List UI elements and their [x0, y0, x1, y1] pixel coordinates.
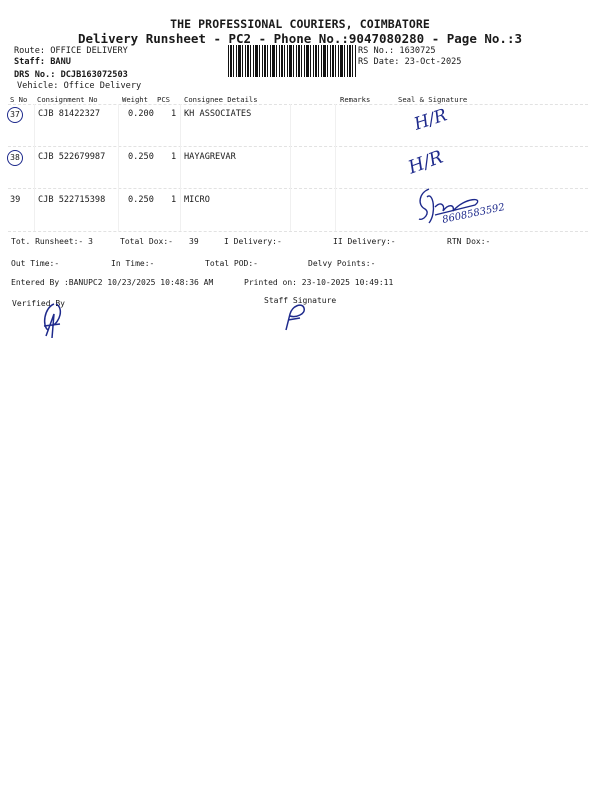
row-divider — [8, 104, 588, 105]
signature-handwritten: H/R — [405, 147, 445, 179]
staff-signature-icon — [280, 298, 310, 334]
col-divider — [290, 104, 291, 231]
total-pod: Total POD:- — [205, 259, 258, 268]
in-time: In Time:- — [111, 259, 154, 268]
entered-by: Entered By :BANUPC2 10/23/2025 10:48:36 … — [11, 278, 213, 287]
drs-number: DRS No.: DCJB163072503 — [14, 70, 128, 80]
signature-scribble-icon: 8608583592 — [415, 183, 545, 228]
runsheet-subtitle: Delivery Runsheet - PC2 - Phone No.:9047… — [0, 31, 600, 46]
col-divider — [335, 104, 336, 231]
rtn-dox: RTN Dox:- — [447, 237, 490, 246]
ii-delivery: II Delivery:- — [333, 237, 396, 246]
weight: 0.200 — [128, 109, 154, 119]
consignee: MICRO — [184, 195, 210, 205]
consignee: HAYAGREVAR — [184, 152, 236, 162]
pcs: 1 — [171, 195, 176, 205]
weight: 0.250 — [128, 152, 154, 162]
i-delivery: I Delivery:- — [224, 237, 282, 246]
out-time: Out Time:- — [11, 259, 59, 268]
consignment-no: CJB 522679987 — [38, 152, 105, 162]
col-header-consignment: Consignment No — [37, 95, 98, 104]
col-header-signature: Seal & Signature — [398, 95, 467, 104]
total-dox-label: Total Dox:- — [120, 237, 173, 246]
vehicle-label: Vehicle: Office Delivery — [17, 81, 141, 91]
rs-date: RS Date: 23-Oct-2025 — [358, 57, 461, 67]
staff-label: Staff: BANU — [14, 57, 71, 67]
printed-on: Printed on: 23-10-2025 10:49:11 — [244, 278, 393, 287]
rs-number: RS No.: 1630725 — [358, 46, 436, 56]
barcode-image — [228, 45, 356, 77]
signature-handwritten: H/R — [412, 105, 450, 134]
sno-circled: 37 — [7, 107, 23, 123]
col-header-remarks: Remarks — [340, 95, 370, 104]
col-header-sno: S No — [10, 95, 27, 104]
consignee: KH ASSOCIATES — [184, 109, 251, 119]
consignment-no: CJB 81422327 — [38, 109, 100, 119]
col-header-weight: Weight — [122, 95, 148, 104]
tot-runsheet: Tot. Runsheet:- 3 — [11, 237, 93, 246]
route-label: Route: OFFICE DELIVERY — [14, 46, 128, 56]
pcs: 1 — [171, 152, 176, 162]
row-divider — [8, 231, 588, 232]
pcs: 1 — [171, 109, 176, 119]
delvy-points: Delvy Points:- — [308, 259, 375, 268]
sno: 39 — [10, 195, 20, 205]
row-divider — [8, 146, 588, 147]
total-dox-value: 39 — [189, 237, 199, 246]
col-header-consignee: Consignee Details — [184, 95, 258, 104]
consignment-no: CJB 522715398 — [38, 195, 105, 205]
col-divider — [180, 104, 181, 231]
verified-signature-icon — [38, 300, 68, 340]
col-divider — [34, 104, 35, 231]
company-title: THE PROFESSIONAL COURIERS, COIMBATORE — [0, 17, 600, 31]
col-header-pcs: PCS — [157, 95, 170, 104]
col-divider — [118, 104, 119, 231]
weight: 0.250 — [128, 195, 154, 205]
sno-circled: 38 — [7, 150, 23, 166]
